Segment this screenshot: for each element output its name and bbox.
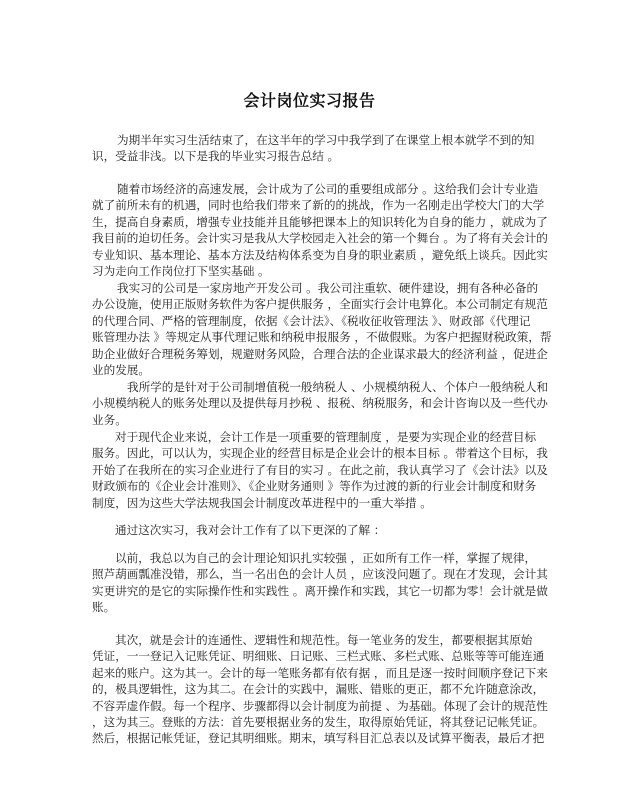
paragraph-practice: 以前，我总以为自己的会计理论知识扎实较强 ，正如所有工作一样，掌握了规律， 照芦… [92,550,532,616]
paragraph-line: 开始了在我所在的实习企业进行了有目的实习 。在此之前，我认真学习了《会计法》以及 [92,462,532,478]
paragraph-intro: 为期半年实习生活结束了，在这半年的学习中我学到了在课堂上根本就学不到的知 识，受… [92,132,532,165]
paragraph-line: 生，提高自身素质，增强专业技能并且能够把课本上的知识转化为自身的能力 ，就成为了 [92,214,532,230]
paragraph-line: 照芦葫画瓢准没错，那么，当一名出色的会计人员 ，应该没问题了。现在才发现，会计其 [92,566,532,582]
paragraph-connectivity: 其次，就是会计的连通性、逻辑性和规范性。每一笔业务的发生，都要根据其原始 凭证，… [92,632,532,747]
paragraph-line: 对于现代企业来说，会计工作是一项重要的管理制度 ，是要为实现企业的经营目标 [92,429,532,445]
paragraph-line: 服务。因此，可以认为，实现企业的经营目标是企业会计的根本目标 。带着这个目标，我 [92,445,532,461]
paragraph-line: 助企业做好合理税务筹划，规避财务风险，合理合法的企业谋求最大的经济利益 ，促进企 [92,346,532,362]
paragraph-line: 的，极具逻辑性，这为其二。在会计的实践中，漏账、错账的更正，都不允许随意涂改， [92,681,532,697]
paragraph-line: 账管理办法 》等规定从事代理记账和纳税申报服务 ，不做假账。为客户把握财税政策，… [92,329,532,345]
paragraph-management-system: 对于现代企业来说，会计工作是一项重要的管理制度 ，是要为实现企业的经营目标 服务… [92,429,532,511]
paragraph-line: 为期半年实习生活结束了，在这半年的学习中我学到了在课堂上根本就学不到的知 [92,132,532,148]
paragraph-line: 专业知识、基本理论、基本方法及结构体系变为自身的职业素质 ，避免纸上谈兵。因此实 [92,247,532,263]
document-title: 会计岗位实习报告 [0,88,619,111]
paragraph-line: 以前，我总以为自己的会计理论知识扎实较强 ，正如所有工作一样，掌握了规律， [92,550,532,566]
paragraph-line: 起来的账户。这为其一。会计的每一笔账务都有依有据 ，而且是逐一按时间顺序登记下来 [92,665,532,681]
paragraph-line: 识，受益非浅。以下是我的毕业实习报告总结 。 [92,148,532,164]
paragraph-company: 我实习的公司是一家房地产开发公司 。我公司注重软、硬件建设，拥有各种必备的 办公… [92,280,532,378]
paragraph-line: 习为走向工作岗位打下坚实基础 。 [92,263,532,279]
paragraph-understanding-intro: 通过这次实习，我对会计工作有了以下更深的了解 ： [92,522,532,538]
paragraph-line: 其次，就是会计的连通性、逻辑性和规范性。每一笔业务的发生，都要根据其原始 [92,632,532,648]
paragraph-line: 账。 [92,599,532,615]
paragraph-study-scope: 我所学的是针对于公司制增值税一般纳税人 、小规模纳税人、个体户一般纳税人和 小规… [92,379,532,428]
document-page: 会计岗位实习报告 为期半年实习生活结束了，在这半年的学习中我学到了在课堂上根本就… [0,0,619,800]
paragraph-line: 业的发展。 [92,362,532,378]
paragraph-market-development: 随着市场经济的高速发展，会计成为了公司的重要组成部分 。这给我们会计专业造 就了… [92,181,532,279]
paragraph-line: 业务。 [92,412,532,428]
paragraph-line: 凭证，一一登记入记账凭证、明细账、日记账、三栏式账、多栏式账、总账等等可能连通 [92,648,532,664]
paragraph-line: 然后，根据记帐凭证，登记其明细账。期末，填写科目汇总表以及试算平衡表，最后才把 [92,730,532,746]
paragraph-line: 实更讲究的是它的实际操作性和实践性 。离开操作和实践，其它一切都为零！会计就是做 [92,583,532,599]
paragraph-line: 小规模纳税人的账务处理以及提供每月抄税 、报税、纳税服务，和会计咨询以及一些代办 [92,395,532,411]
paragraph-line: 不容弄虚作假。每一个程序、步骤都得以会计制度为前提 、为基础。体现了会计的规范性 [92,698,532,714]
paragraph-line: 通过这次实习，我对会计工作有了以下更深的了解 ： [92,522,532,538]
paragraph-line: 我实习的公司是一家房地产开发公司 。我公司注重软、硬件建设，拥有各种必备的 [92,280,532,296]
paragraph-line: 办公设施，使用正版财务软件为客户提供服务 ，全面实行会计电算化。本公司制定有规范 [92,296,532,312]
paragraph-line: 我目前的迫切任务。会计实习是我从大学校园走入社会的第一个舞台 。为了将有关会计的 [92,230,532,246]
paragraph-line: 就了前所未有的机遇，同时也给我们带来了新的的挑战，作为一名刚走出学校大门的大学 [92,197,532,213]
paragraph-line: ，这为其三。登账的方法：首先要根据业务的发生，取得原始凭证，将其登记记帐凭证。 [92,714,532,730]
paragraph-line: 制度，因为这些大学法规我国会计制度改革进程中的一重大举措 。 [92,495,532,511]
paragraph-line: 的代理合同、严格的管理制度，依据《会计法》、《税收征收管理法 》、财政部《代理记 [92,313,532,329]
paragraph-line: 随着市场经济的高速发展，会计成为了公司的重要组成部分 。这给我们会计专业造 [92,181,532,197]
paragraph-line: 我所学的是针对于公司制增值税一般纳税人 、小规模纳税人、个体户一般纳税人和 [92,379,532,395]
paragraph-line: 财政颁布的《企业会计准则》、《企业财务通则 》等作为过渡的新的行业会计制度和财务 [92,478,532,494]
